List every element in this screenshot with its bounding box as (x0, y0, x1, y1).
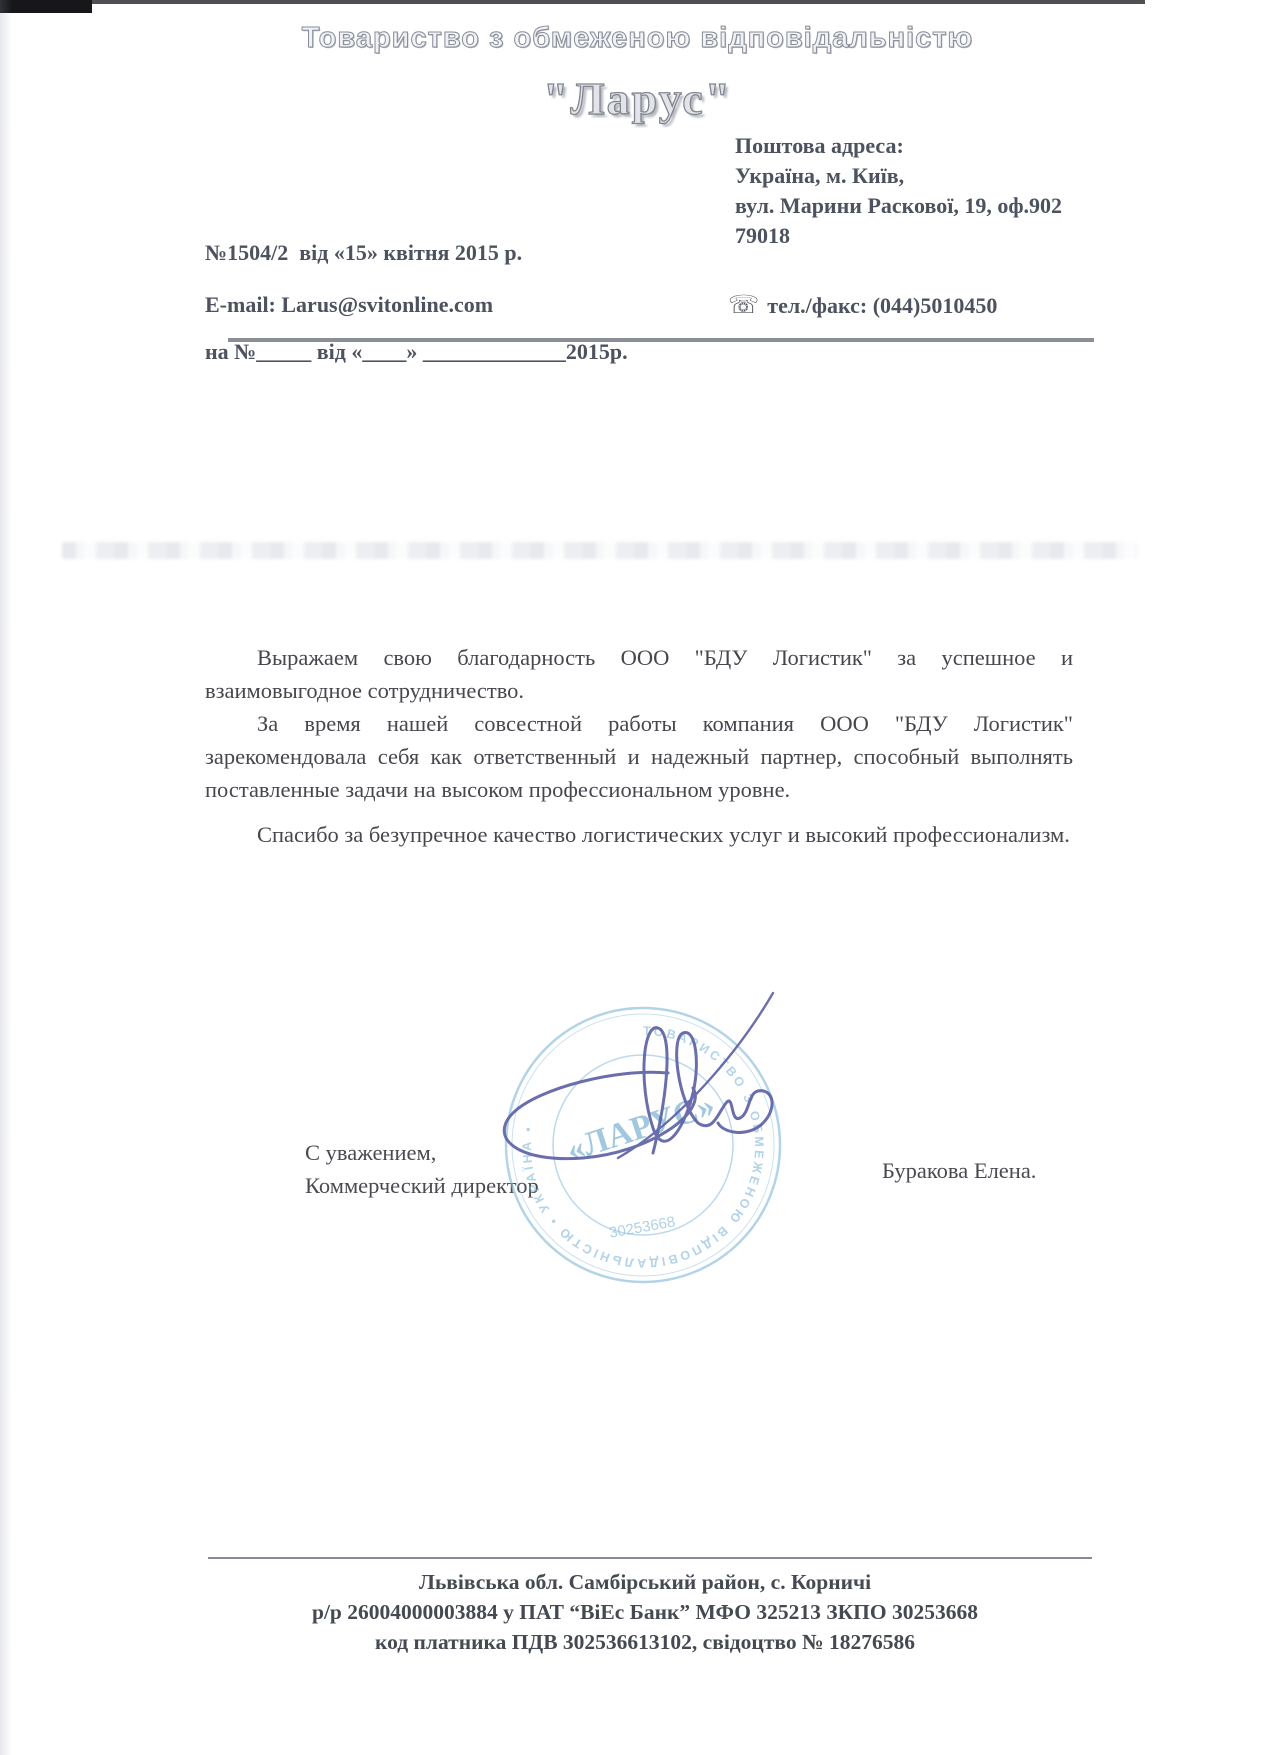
letter-body: Выражаем свою благодарность ООО "БДУ Лог… (205, 641, 1073, 851)
header-divider-line (228, 338, 1094, 342)
scan-edge-left-strip (0, 0, 12, 1755)
faded-illegible-text-artifact (62, 542, 1137, 559)
footer-location-line: Львівська обл. Самбірський район, с. Кор… (195, 1567, 1095, 1597)
email-line: E-mail: Larus@svitonline.com (205, 292, 493, 318)
handwritten-signature (468, 973, 798, 1178)
paragraph-cooperation: За время нашей совсестной работы компани… (205, 707, 1073, 806)
stamp-code-number: 30253668 (608, 1213, 677, 1241)
phone-number: тел./факс: (044)5010450 (767, 293, 997, 318)
letterhead-company-form: Товариство з обмеженою відповідальністю (0, 22, 1275, 55)
scan-edge-top-line (0, 0, 1145, 4)
postal-address-label: Поштова адреса: (735, 131, 1062, 161)
postal-address-street: вул. Марини Раскової, 19, оф.902 (735, 191, 1062, 221)
scan-edge-corner-mark (0, 0, 92, 13)
footer-divider-line (208, 1557, 1092, 1559)
signer-name: Буракова Елена. (882, 1158, 1036, 1184)
telephone-icon: ☏ (728, 292, 759, 319)
phone-line: ☏тел./факс: (044)5010450 (728, 290, 997, 320)
scanned-letter-page: Товариство з обмеженою відповідальністю … (0, 0, 1275, 1755)
paragraph-gratitude: Выражаем свою благодарность ООО "БДУ Лог… (205, 641, 1073, 707)
postal-address-country: Україна, м. Київ, (735, 161, 1062, 191)
footer-tax-line: код платника ПДВ 302536613102, свідоцтво… (195, 1627, 1095, 1657)
outgoing-ref-line: №1504/2 від «15» квітня 2015 р. (205, 236, 628, 269)
postal-address-block: Поштова адреса: Україна, м. Київ, вул. М… (735, 131, 1062, 251)
footer-requisites: Львівська обл. Самбірський район, с. Кор… (195, 1567, 1095, 1657)
postal-address-zip: 79018 (735, 221, 1062, 251)
footer-bank-line: р/р 26004000003884 у ПАТ “ВіЕс Банк” МФО… (195, 1597, 1095, 1627)
company-logo-text: "Ларус" (0, 72, 1275, 125)
paragraph-thanks: Спасибо за безупречное качество логистич… (205, 818, 1073, 851)
